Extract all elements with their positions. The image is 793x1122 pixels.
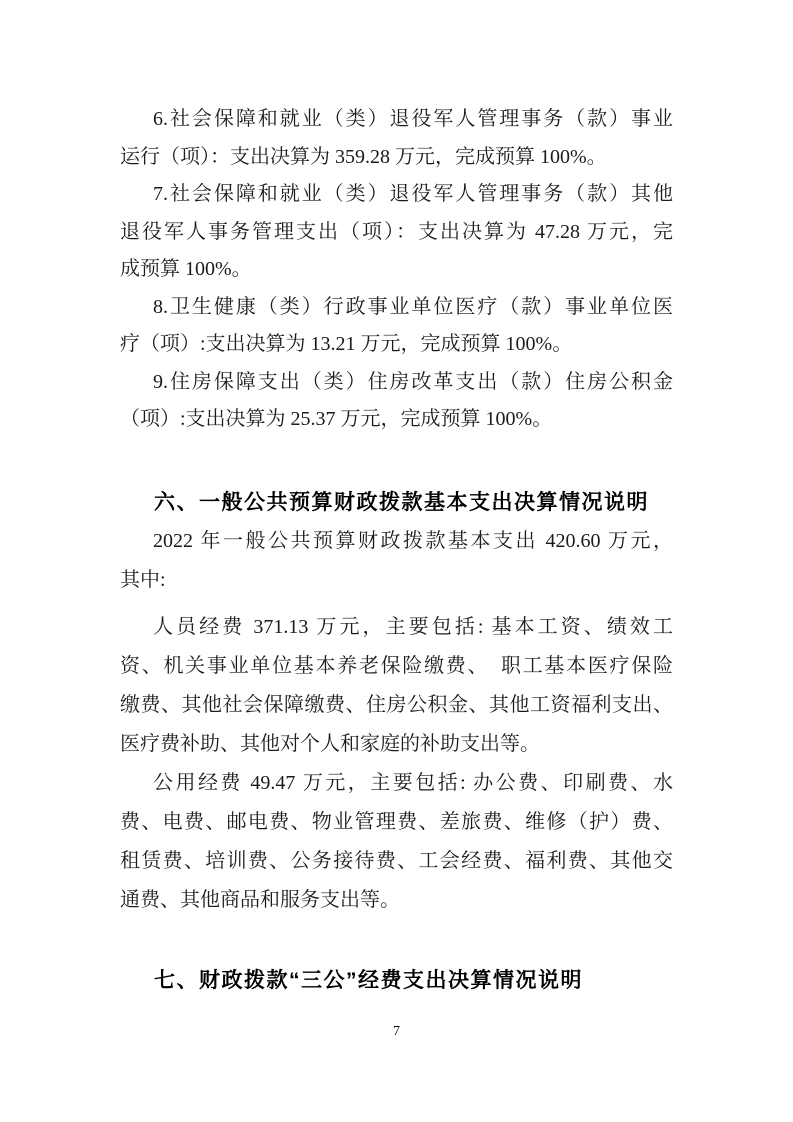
item-8-health-medical-line-2: 疗（项）:支出决算为 13.21 万元，完成预算 100%。 xyxy=(120,326,673,364)
personnel-expense-line-4: 医疗费补助、其他对个人和家庭的补助支出等。 xyxy=(120,725,673,764)
personnel-expense: 人员经费 371.13 万元，主要包括: 基本工资、绩效工资、机关事业单位基本养… xyxy=(120,608,673,764)
public-expense-line-2: 费、电费、邮电费、物业管理费、差旅费、维修（护）费、 xyxy=(120,803,673,842)
item-7-other-veteran-affairs-line-2: 退役军人事务管理支出（项）：支出决算为 47.28 万元，完 xyxy=(120,214,673,252)
public-expense-line-1: 公用经费 49.47 万元，主要包括: 办公费、印刷费、水 xyxy=(120,764,673,803)
section-6-heading: 六、一般公共预算财政拨款基本支出决算情况说明 xyxy=(120,483,673,522)
document-page: 6.社会保障和就业（类）退役军人管理事务（款）事业运行（项）：支出决算为 359… xyxy=(0,0,793,1122)
item-6-social-security-operations-line-2: 运行（项）：支出决算为 359.28 万元，完成预算 100%。 xyxy=(120,139,673,177)
personnel-expense-line-3: 缴费、其他社会保障缴费、住房公积金、其他工资福利支出、 xyxy=(120,686,673,725)
section-7-heading-line-1: 七、财政拨款“三公”经费支出决算情况说明 xyxy=(120,961,673,1000)
item-7-other-veteran-affairs-line-1: 7.社会保障和就业（类）退役军人管理事务（款）其他 xyxy=(120,176,673,214)
section-7-heading: 七、财政拨款“三公”经费支出决算情况说明 xyxy=(120,961,673,1000)
section-6-intro: 2022 年一般公共预算财政拨款基本支出 420.60 万元，其中: xyxy=(120,522,673,600)
personnel-expense-line-2: 资、机关事业单位基本养老保险缴费、 职工基本医疗保险 xyxy=(120,647,673,686)
section-6-heading-line-1: 六、一般公共预算财政拨款基本支出决算情况说明 xyxy=(120,483,673,522)
personnel-expense-line-1: 人员经费 371.13 万元，主要包括: 基本工资、绩效工 xyxy=(120,608,673,647)
item-8-health-medical-line-1: 8.卫生健康（类）行政事业单位医疗（款）事业单位医 xyxy=(120,289,673,327)
document-content: 6.社会保障和就业（类）退役军人管理事务（款）事业运行（项）：支出决算为 359… xyxy=(120,101,673,1000)
item-7-other-veteran-affairs-line-3: 成预算 100%。 xyxy=(120,251,673,289)
section-6-intro-line-2: 其中: xyxy=(120,561,673,600)
item-8-health-medical: 8.卫生健康（类）行政事业单位医疗（款）事业单位医疗（项）:支出决算为 13.2… xyxy=(120,289,673,364)
item-9-housing-fund-line-2: （项）:支出决算为 25.37 万元，完成预算 100%。 xyxy=(120,401,673,439)
public-expense-line-3: 租赁费、培训费、公务接待费、工会经费、福利费、其他交 xyxy=(120,842,673,881)
item-6-social-security-operations-line-1: 6.社会保障和就业（类）退役军人管理事务（款）事业 xyxy=(120,101,673,139)
public-expense: 公用经费 49.47 万元，主要包括: 办公费、印刷费、水费、电费、邮电费、物业… xyxy=(120,764,673,920)
item-9-housing-fund: 9.住房保障支出（类）住房改革支出（款）住房公积金（项）:支出决算为 25.37… xyxy=(120,364,673,439)
page-number: 7 xyxy=(0,1024,793,1040)
section-6-intro-line-1: 2022 年一般公共预算财政拨款基本支出 420.60 万元， xyxy=(120,522,673,561)
item-9-housing-fund-line-1: 9.住房保障支出（类）住房改革支出（款）住房公积金 xyxy=(120,364,673,402)
item-6-social-security-operations: 6.社会保障和就业（类）退役军人管理事务（款）事业运行（项）：支出决算为 359… xyxy=(120,101,673,176)
item-7-other-veteran-affairs: 7.社会保障和就业（类）退役军人管理事务（款）其他退役军人事务管理支出（项）：支… xyxy=(120,176,673,289)
public-expense-line-4: 通费、其他商品和服务支出等。 xyxy=(120,881,673,920)
